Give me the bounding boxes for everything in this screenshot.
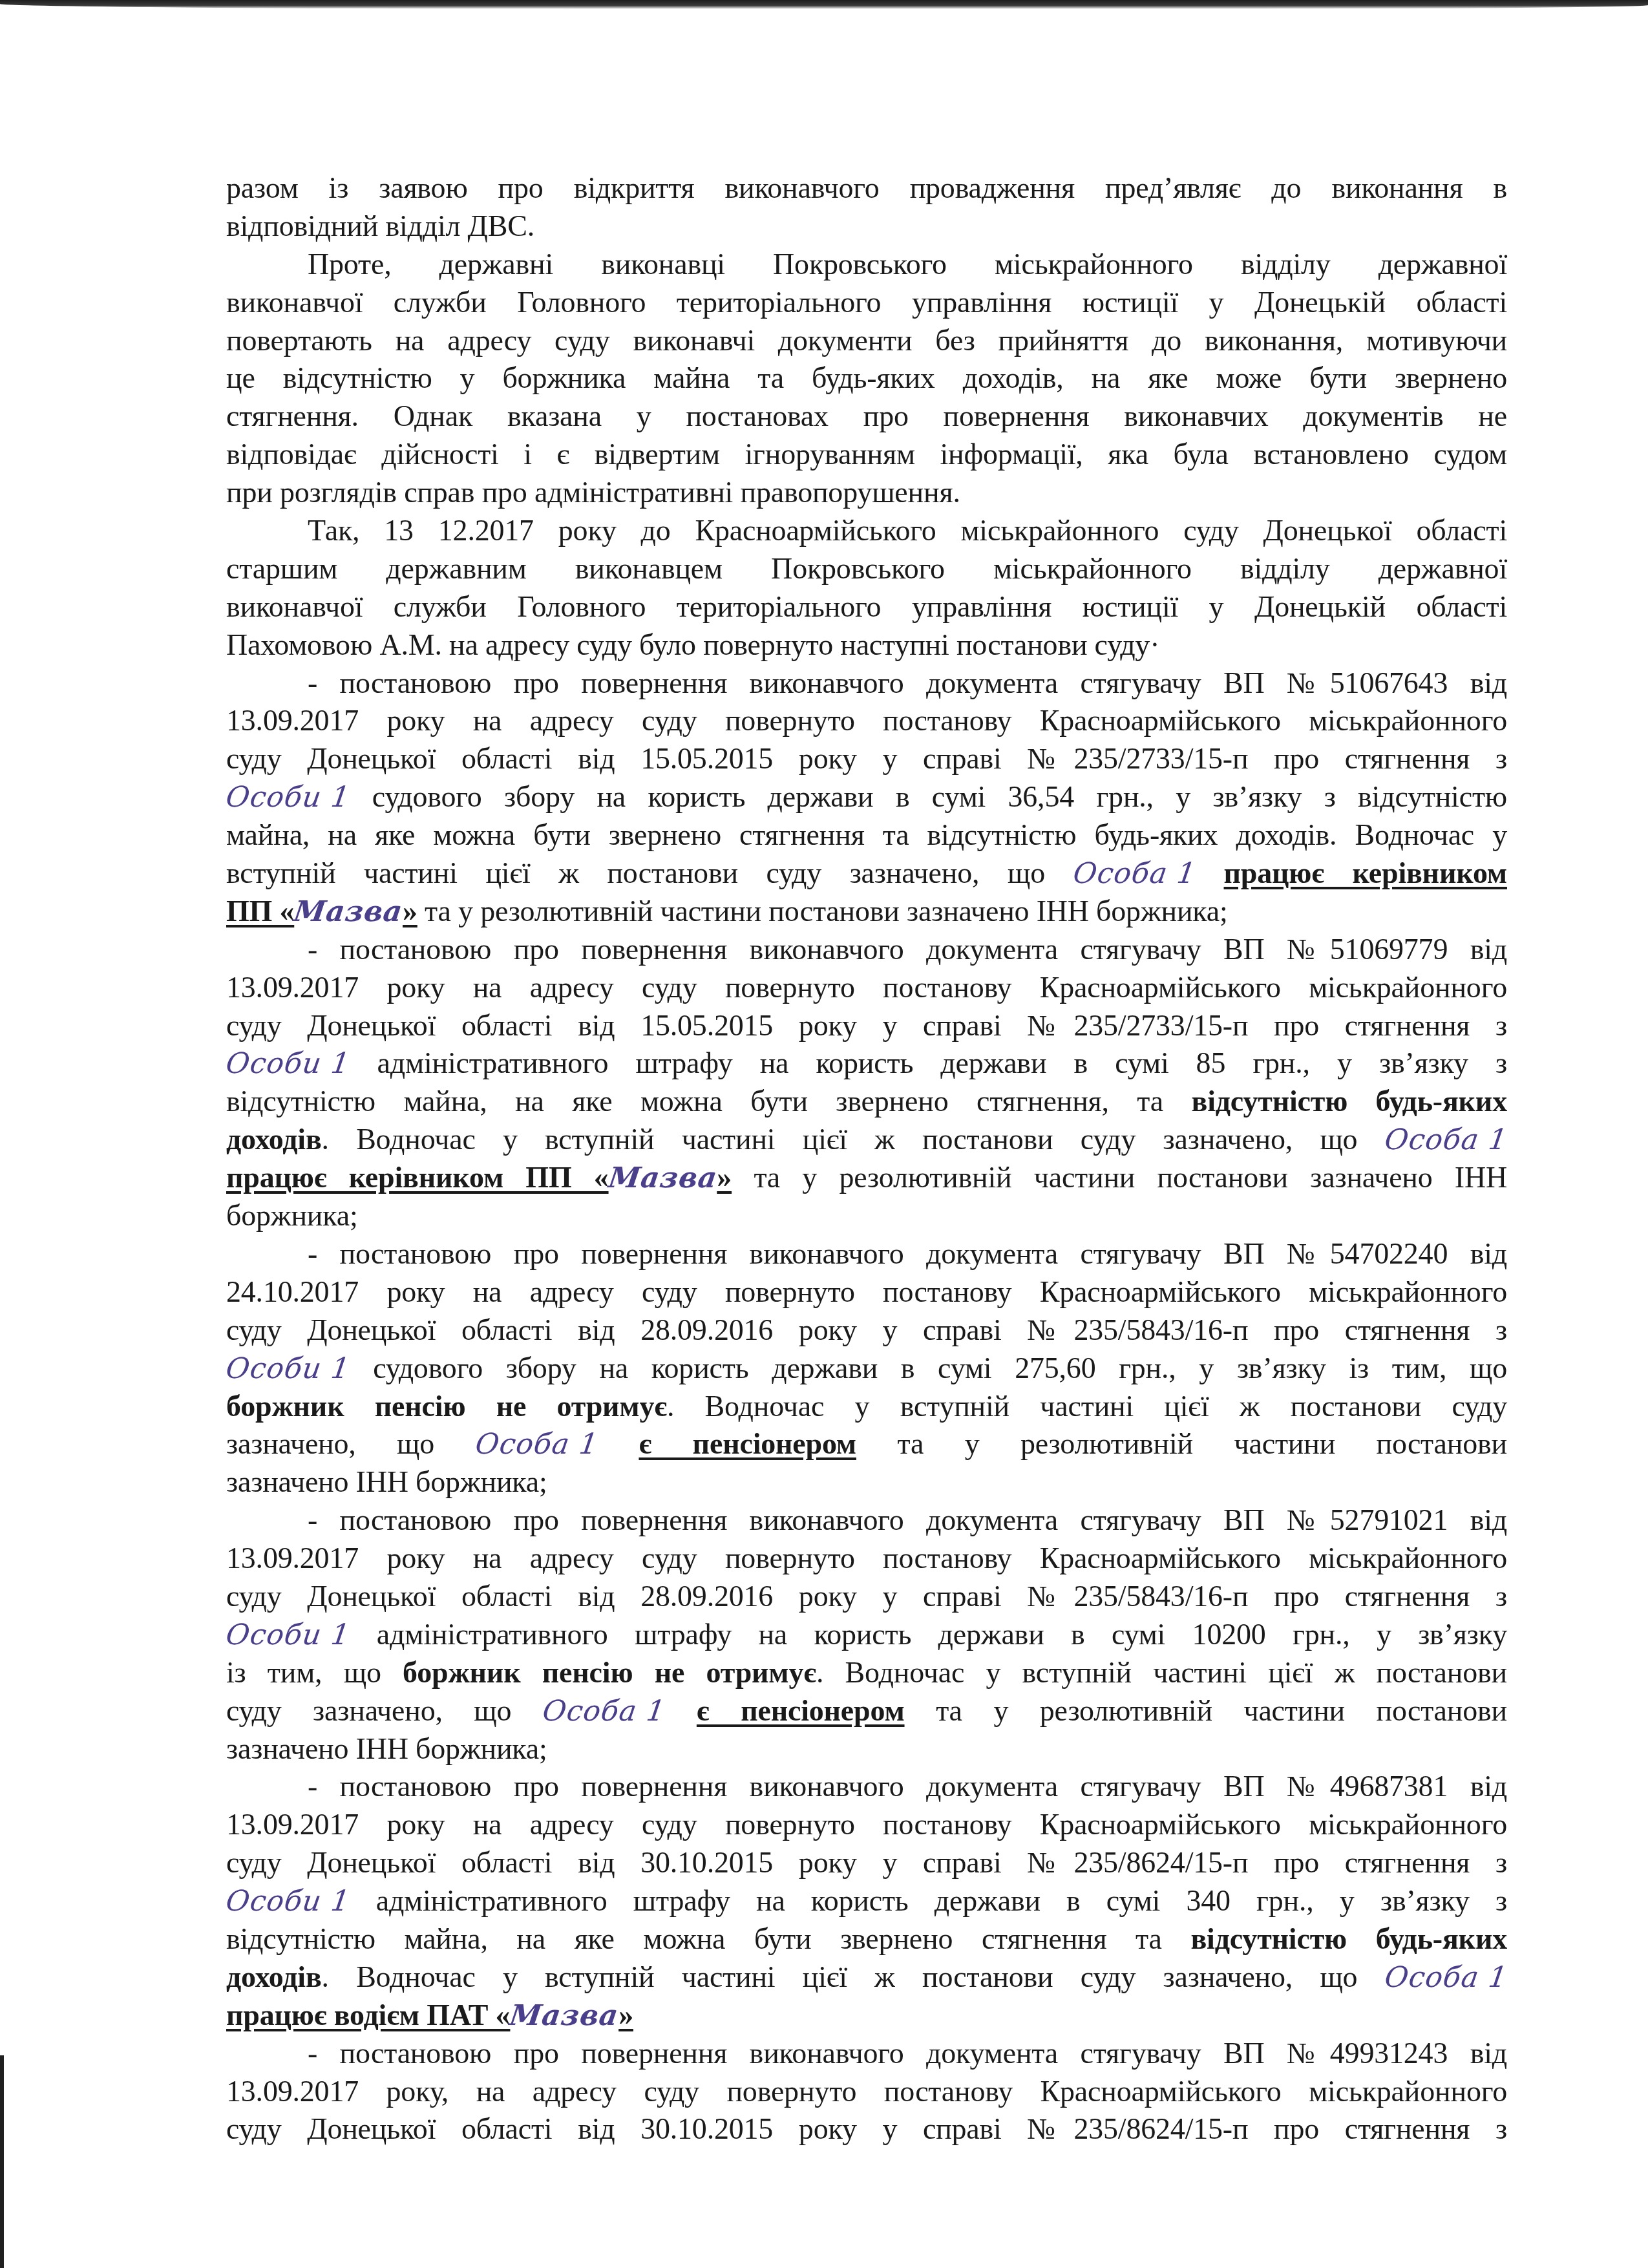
document-page: разом із заявою про відкриття виконавчог… [226,169,1507,2148]
text-line: працює водієм ПАТ «Мазва» [226,1997,1507,2035]
text-line: зазначено, що Особа 1 є пенсіонером та у… [226,1425,1507,1463]
text-line: боржника; [226,1197,1507,1235]
text-line: виконавчої служби Головного територіальн… [226,284,1507,322]
text-line: зазначено ІНН боржника; [226,1463,1507,1501]
list-item-start: - постановою про повернення виконавчого … [226,1501,1507,1540]
handwritten-company: Мазва [291,893,405,931]
handwritten-person: Особа 1 [473,1426,601,1464]
text-line: суду Донецької області від 28.09.2016 ро… [226,1578,1507,1616]
scan-edge-top [0,0,1648,9]
handwritten-person: Особа 1 [1382,1121,1510,1160]
text-line: стягнення. Однак вказана у постановах пр… [226,397,1507,436]
handwritten-person: Особи 1 [224,1350,353,1388]
text-line: суду Донецької області від 28.09.2016 ро… [226,1311,1507,1350]
handwritten-company: Мазва [606,1160,719,1198]
text-line: боржник пенсію не отримує. Водночас у вс… [226,1388,1507,1426]
text-line: суду зазначено, що Особа 1 є пенсіонером… [226,1692,1507,1730]
text-line: разом із заявою про відкриття виконавчог… [226,169,1507,207]
text-line: Особи 1 судового збору на користь держав… [226,778,1507,816]
handwritten-person: Особа 1 [1070,855,1198,893]
text-line: 13.09.2017 року на адресу суду повернуто… [226,1540,1507,1578]
text-line: суду Донецької області від 15.05.2015 ро… [226,1007,1507,1045]
text-line: Пахомовою А.М. на адресу суду було повер… [226,626,1507,664]
text-line: працює керівником ПП «Мазва» та у резолю… [226,1159,1507,1197]
text-line: суду Донецької області від 30.10.2015 ро… [226,1844,1507,1882]
text-line: 13.09.2017 року на адресу суду повернуто… [226,1806,1507,1844]
text-line: відсутністю майна, на яке можна бути зве… [226,1083,1507,1121]
text-line: Особи 1 адміністративного штрафу на кори… [226,1616,1507,1654]
handwritten-person: Особи 1 [224,1883,353,1921]
text-line: 13.09.2017 року, на адресу суду повернут… [226,2073,1507,2111]
handwritten-person: Особи 1 [224,1616,353,1655]
text-line: відповідає дійсності і є відвертим ігнор… [226,436,1507,474]
text-line: 13.09.2017 року на адресу суду повернуто… [226,702,1507,740]
handwritten-person: Особи 1 [224,779,353,817]
text-line: 24.10.2017 року на адресу суду повернуто… [226,1273,1507,1311]
list-item-start: - постановою про повернення виконавчого … [226,664,1507,703]
scan-edge-left [0,2055,4,2268]
handwritten-person: Особа 1 [540,1693,668,1731]
text-line: це відсутністю у боржника майна та будь-… [226,359,1507,397]
text-line: зазначено ІНН боржника; [226,1730,1507,1768]
text-line: із тим, що боржник пенсію не отримує. Во… [226,1654,1507,1692]
emphasis: працює керівником [1224,856,1507,889]
text-line: при розглядів справ про адміністративні … [226,474,1507,512]
text-line: вступній частині цієї ж постанови суду з… [226,854,1507,893]
text-line: майна, на яке можна бути звернено стягне… [226,816,1507,854]
handwritten-person: Особи 1 [224,1045,353,1083]
paragraph-start: Так, 13 12.2017 року до Красноармійськог… [226,512,1507,550]
list-item-start: - постановою про повернення виконавчого … [226,931,1507,969]
list-item-start: - постановою про повернення виконавчого … [226,1235,1507,1273]
text-line: повертають на адресу суду виконавчі доку… [226,322,1507,360]
text-line: Особи 1 адміністративного штрафу на кори… [226,1044,1507,1083]
text-line: виконавчої служби Головного територіальн… [226,588,1507,626]
text-line: суду Донецької області від 15.05.2015 ро… [226,740,1507,778]
text-line: 13.09.2017 року на адресу суду повернуто… [226,969,1507,1007]
text-line: відповідний відділ ДВС. [226,207,1507,246]
paragraph-start: Проте, державні виконавці Покровського м… [226,246,1507,284]
handwritten-company: Мазва [507,1997,621,2035]
text-line: Особи 1 адміністративного штрафу на кори… [226,1882,1507,1920]
text-line: Особи 1 судового збору на користь держав… [226,1350,1507,1388]
list-item-start: - постановою про повернення виконавчого … [226,1768,1507,1806]
list-item-start: - постановою про повернення виконавчого … [226,2035,1507,2073]
text-line: доходів. Водночас у вступній частині ціє… [226,1958,1507,1997]
text-line: відсутністю майна, на яке можна бути зве… [226,1920,1507,1958]
text-line: доходів. Водночас у вступній частині ціє… [226,1121,1507,1159]
text-line: ПП «Мазва» та у резолютивній частини пос… [226,893,1507,931]
text-line: суду Донецької області від 30.10.2015 ро… [226,2110,1507,2148]
text-line: старшим державним виконавцем Покровськог… [226,550,1507,588]
handwritten-person: Особа 1 [1382,1959,1510,1997]
